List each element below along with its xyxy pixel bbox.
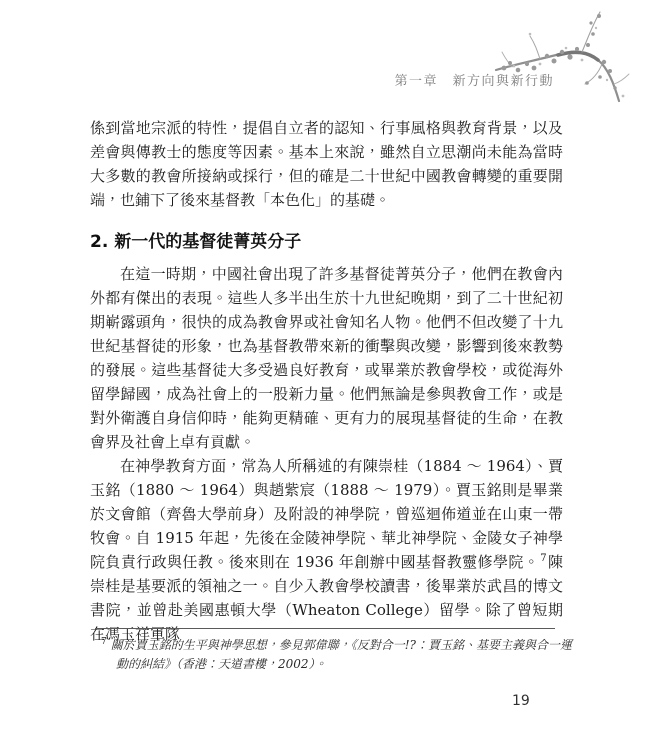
paragraph-2: 在這一時期，中國社會出現了許多基督徒菁英分子，他們在教會內外都有傑出的表現。這些…: [90, 262, 563, 454]
paragraph-1: 係到當地宗派的特性，提倡自立者的認知、行事風格與教育背景，以及差會與傳教士的態度…: [90, 116, 563, 212]
running-header: 第一章 新方向與新行動: [394, 70, 554, 89]
section-heading: 2. 新一代的基督徒菁英分子: [90, 231, 563, 253]
paragraph-3: 在神學教育方面，常為人所稱述的有陳崇桂（1884 ～ 1964）、賈玉銘（188…: [90, 454, 563, 646]
footnote-text: 關於賈玉銘的生平與神學思想，參見郭偉聯，《反對合一!?：賈玉銘、基要主義與合一運…: [111, 638, 572, 671]
book-page: 第一章 新方向與新行動 係到當地宗派的特性，提倡自立者的認知、行事風格與教育背景…: [0, 0, 650, 750]
footnote-reference: 7: [539, 553, 547, 564]
paragraph-3-text: 在神學教育方面，常為人所稱述的有陳崇桂（1884 ～ 1964）、賈玉銘（188…: [90, 457, 563, 571]
footnote: 7關於賈玉銘的生平與神學思想，參見郭偉聯，《反對合一!?：賈玉銘、基要主義與合一…: [101, 636, 572, 674]
page-number: 19: [512, 693, 530, 709]
footnote-marker: 7: [101, 637, 107, 647]
plum-blossom-icon: [492, 4, 644, 106]
body-text-column: 係到當地宗派的特性，提倡自立者的認知、行事風格與教育背景，以及差會與傳教士的態度…: [90, 116, 563, 646]
footnote-divider: [95, 628, 555, 629]
